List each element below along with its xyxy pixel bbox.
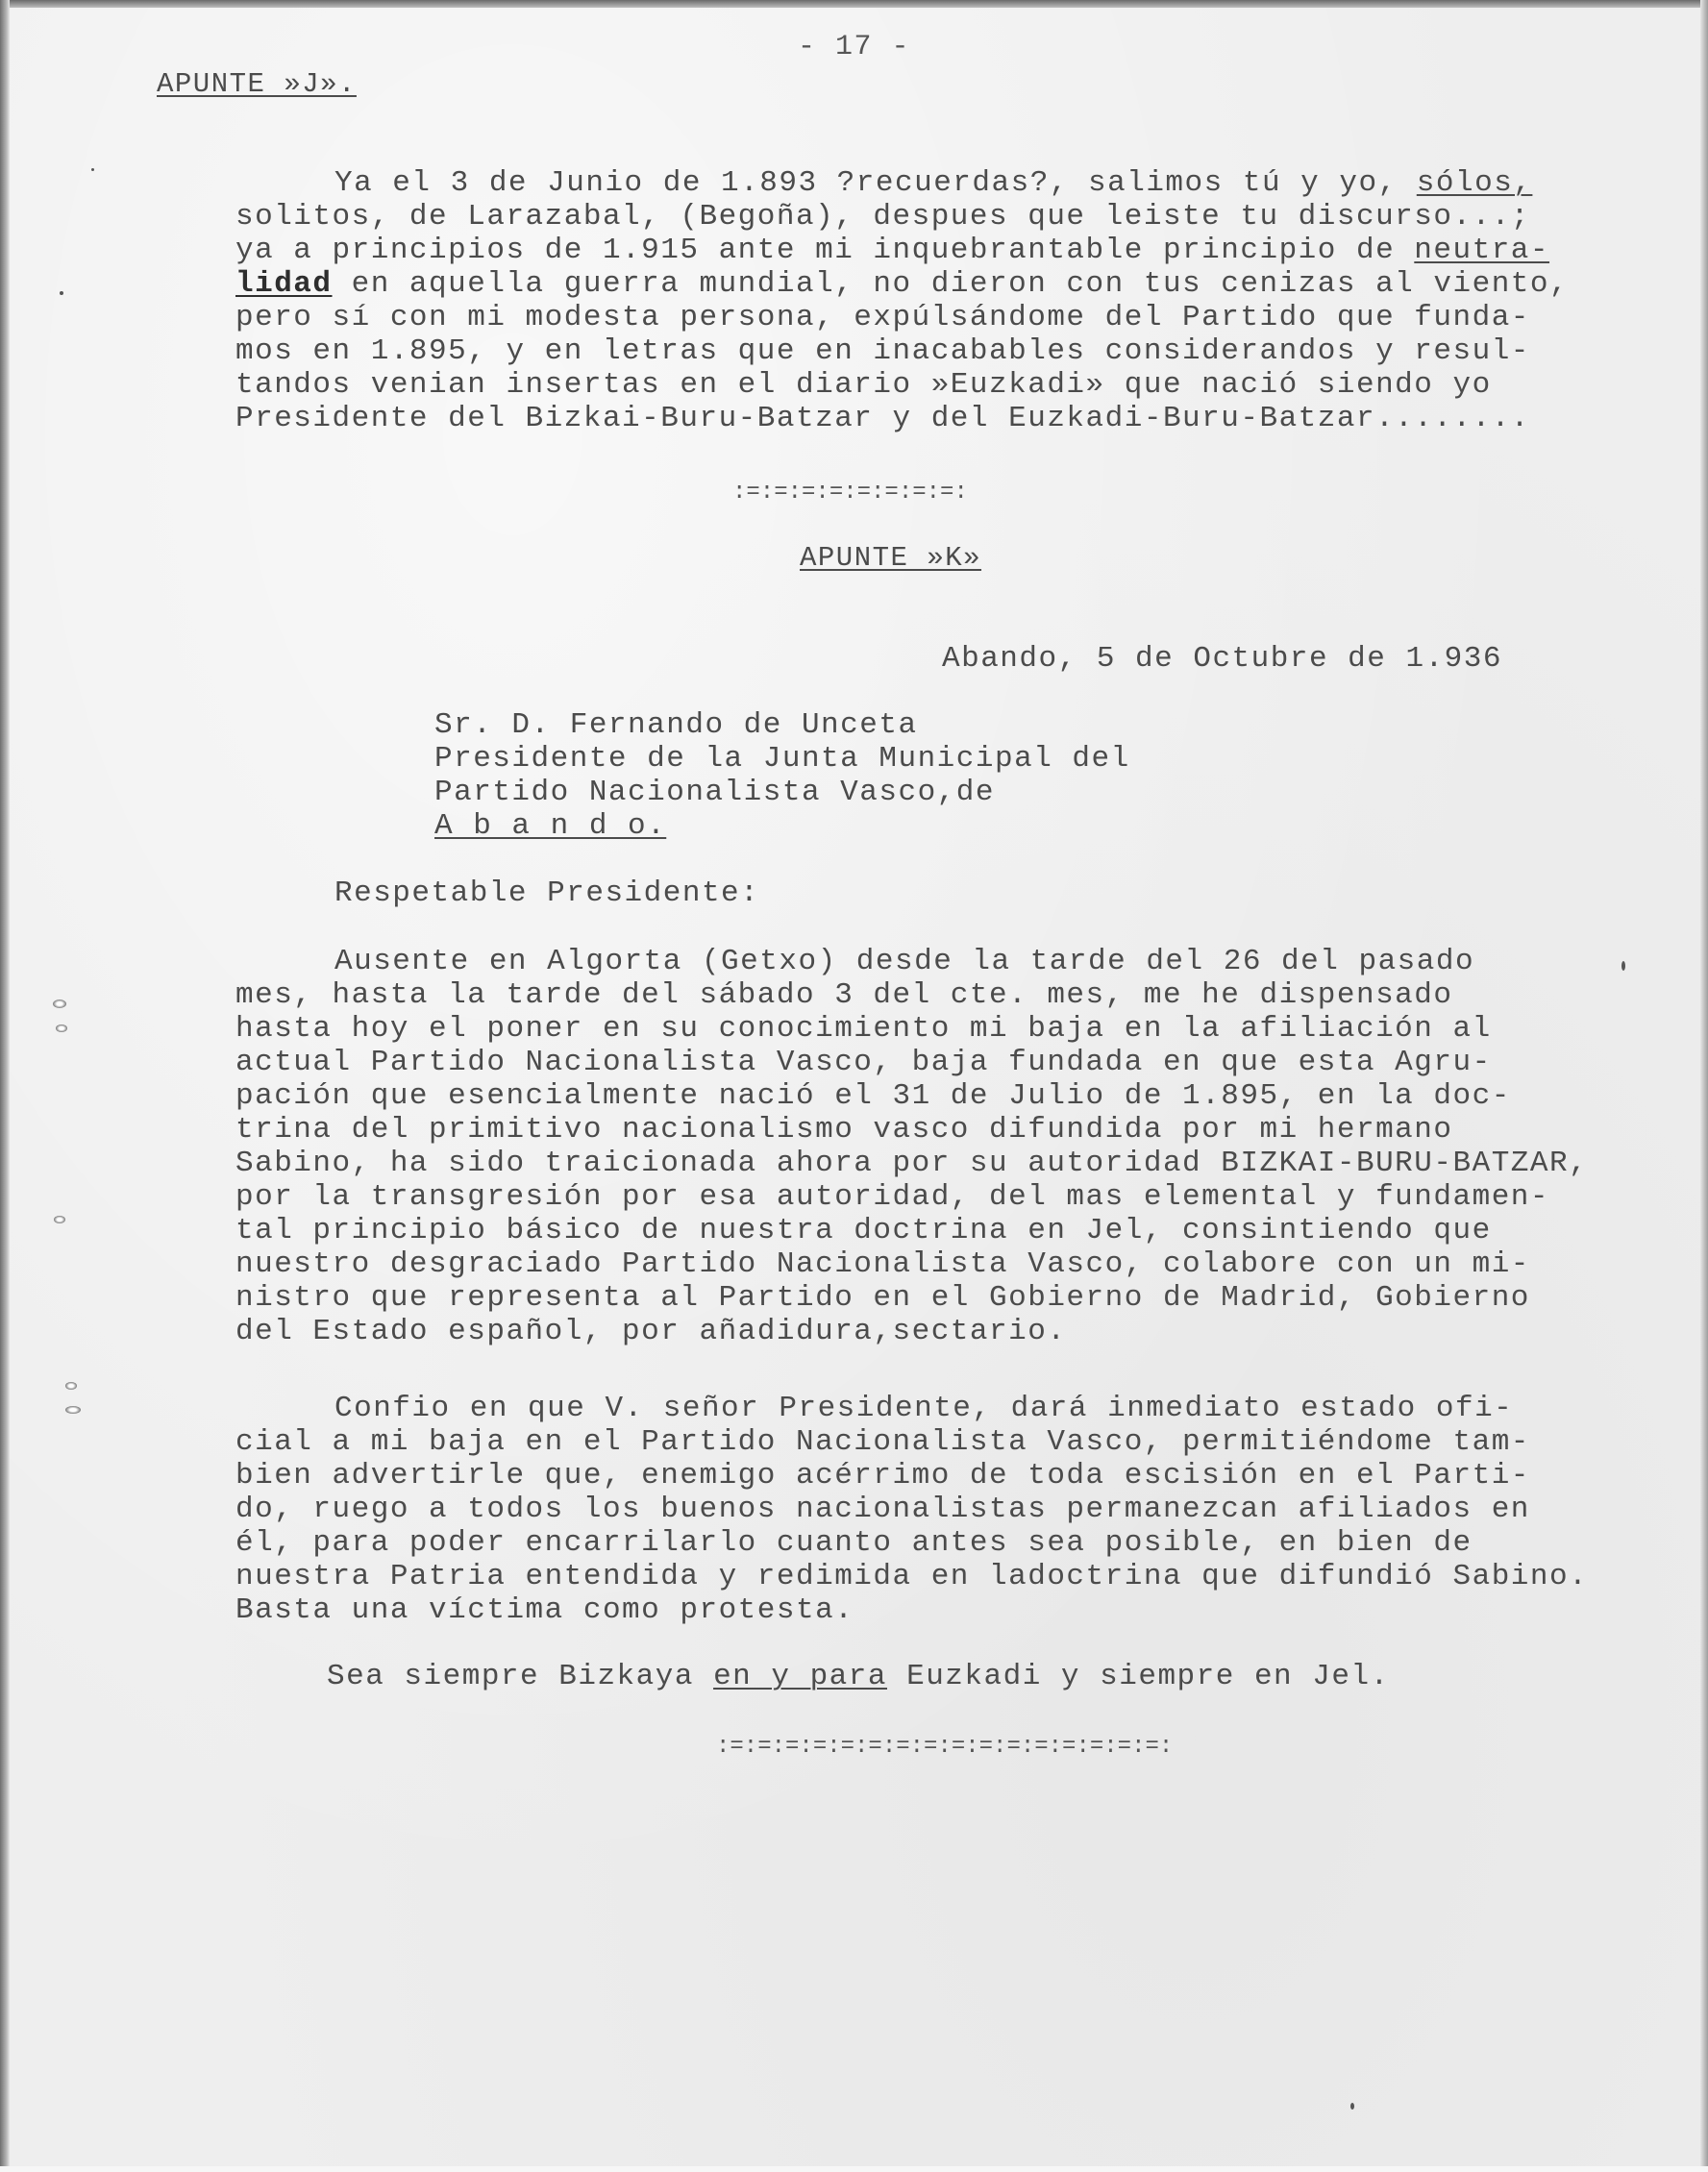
closing-line: Sea siempre Bizkaya en y para Euzkadi y … [327, 1660, 1390, 1693]
p1-line-2: mes, hasta la tarde del sábado 3 del cte… [235, 978, 1453, 1012]
page-top-edge [0, 0, 1708, 8]
apunte-j-line-3: ya a principios de 1.915 ante mi inquebr… [235, 234, 1549, 267]
apunte-j-line-6: mos en 1.895, y en letras que en inacaba… [235, 334, 1530, 368]
line-text: ya a principios de 1.915 ante mi inquebr… [235, 234, 1414, 267]
document-page: - 17 - APUNTE »J». Ya el 3 de Junio de 1… [0, 0, 1708, 2172]
p1-line-4: actual Partido Nacionalista Vasco, baja … [235, 1046, 1492, 1079]
p2-line-4: do, ruego a todos los buenos nacionalist… [235, 1493, 1530, 1526]
underlined-lidad: lidad [235, 267, 333, 301]
p1-line-3: hasta hoy el poner en su conocimiento mi… [235, 1012, 1492, 1046]
p1-line-10: nuestro desgraciado Partido Nacionalista… [235, 1247, 1530, 1281]
margin-mark [53, 1000, 66, 1008]
p2-line-2: cial a mi baja en el Partido Nacionalist… [235, 1425, 1530, 1459]
ink-speck [1621, 961, 1625, 971]
address-line-2: Presidente de la Junta Municipal del [434, 742, 1130, 776]
ink-speck [91, 168, 94, 171]
apunte-j-line-7: tandos venian insertas en el diario »Euz… [235, 368, 1492, 402]
apunte-j-line-1: Ya el 3 de Junio de 1.893 ?recuerdas?, s… [334, 166, 1532, 200]
page-number: - 17 - [798, 31, 910, 64]
apunte-j-line-4: lidad en aquella guerra mundial, no dier… [235, 267, 1569, 301]
p2-line-3: bien advertirle que, enemigo acérrimo de… [235, 1459, 1530, 1493]
underlined-solos: sólos, [1417, 166, 1533, 200]
p1-line-5: pación que esencialmente nació el 31 de … [235, 1079, 1511, 1113]
apunte-j-line-5: pero sí con mi modesta persona, expúlsán… [235, 301, 1530, 334]
p1-line-11: nistro que representa al Partido en el G… [235, 1281, 1530, 1315]
line-text: Ya el 3 de Junio de 1.893 ?recuerdas?, s… [334, 166, 1417, 200]
p1-line-8: por la transgresión por esa autoridad, d… [235, 1180, 1549, 1214]
p1-line-12: del Estado español, por añadidura,sectar… [235, 1315, 1066, 1348]
p2-line-6: nuestra Patria entendida y redimida en l… [235, 1560, 1588, 1593]
margin-mark [56, 1024, 67, 1032]
p1-line-1: Ausente en Algorta (Getxo) desde la tard… [334, 945, 1474, 978]
page-left-edge [0, 0, 10, 2172]
apunte-j-line-2: solitos, de Larazabal, (Begoña), despues… [235, 200, 1530, 234]
salutation: Respetable Presidente: [334, 876, 759, 910]
line-text: en aquella guerra mundial, no dieron con… [333, 267, 1570, 301]
closing-underlined: en y para [713, 1660, 887, 1693]
page-right-edge [1700, 0, 1708, 2172]
ink-speck [60, 291, 63, 295]
ink-speck [1350, 2103, 1354, 2110]
p2-line-5: él, para poder encarrilarlo cuanto antes… [235, 1526, 1473, 1560]
p1-line-6: trina del primitivo nacionalismo vasco d… [235, 1113, 1453, 1147]
apunte-j-line-8: Presidente del Bizkai-Buru-Batzar y del … [235, 402, 1530, 435]
p2-line-7: Basta una víctima como protesta. [235, 1593, 854, 1627]
p1-line-9: tal principio básico de nuestra doctrina… [235, 1214, 1492, 1247]
letter-date: Abando, 5 de Octubre de 1.936 [942, 642, 1502, 676]
heading-apunte-k: APUNTE »K» [800, 541, 981, 575]
margin-mark [65, 1382, 77, 1390]
p1-line-7: Sabino, ha sido traicionada ahora por su… [235, 1147, 1588, 1180]
closing-text-before: Sea siempre Bizkaya [327, 1660, 713, 1693]
address-line-1: Sr. D. Fernando de Unceta [434, 708, 918, 742]
separator-1: :=:=:=:=:=:=:=:=: [732, 476, 968, 509]
page-bottom-edge [0, 2166, 1708, 2172]
margin-mark [65, 1406, 81, 1414]
closing-text-after: Euzkadi y siempre en Jel. [887, 1660, 1390, 1693]
heading-apunte-j: APUNTE »J». [157, 67, 357, 101]
separator-2: :=:=:=:=:=:=:=:=:=:=:=:=:=:=:=:=: [716, 1730, 1173, 1764]
address-line-3: Partido Nacionalista Vasco,de [434, 776, 995, 809]
underlined-neutra: neutra- [1414, 234, 1549, 267]
p2-line-1: Confio en que V. señor Presidente, dará … [334, 1392, 1513, 1425]
margin-mark [54, 1216, 65, 1223]
address-line-4: A b a n d o. [434, 809, 666, 843]
